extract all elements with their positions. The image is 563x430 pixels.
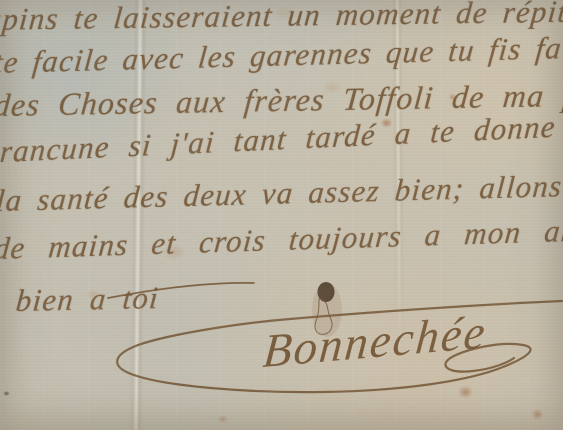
text-line-5: la santé des deux va assez bien; allons … (0, 167, 563, 219)
ink-blot (312, 282, 342, 337)
signature-name: Bonnechée (257, 306, 494, 378)
foxing-stain (529, 407, 546, 422)
ink-speck (2, 390, 11, 397)
closing-line: de mains et crois toujours a mon am (0, 212, 563, 267)
text-line-2: te facile avec les garennes que tu fis f… (0, 30, 563, 81)
farewell-line: bien a toi (14, 280, 160, 319)
foxing-stain (455, 383, 476, 401)
signature-oval-flourish (117, 301, 562, 392)
letter-photograph: lapins te laisseraient un moment de répi… (0, 0, 563, 430)
svg-text:Bonnechée: Bonnechée (261, 306, 489, 378)
foxing-stain (215, 413, 230, 425)
